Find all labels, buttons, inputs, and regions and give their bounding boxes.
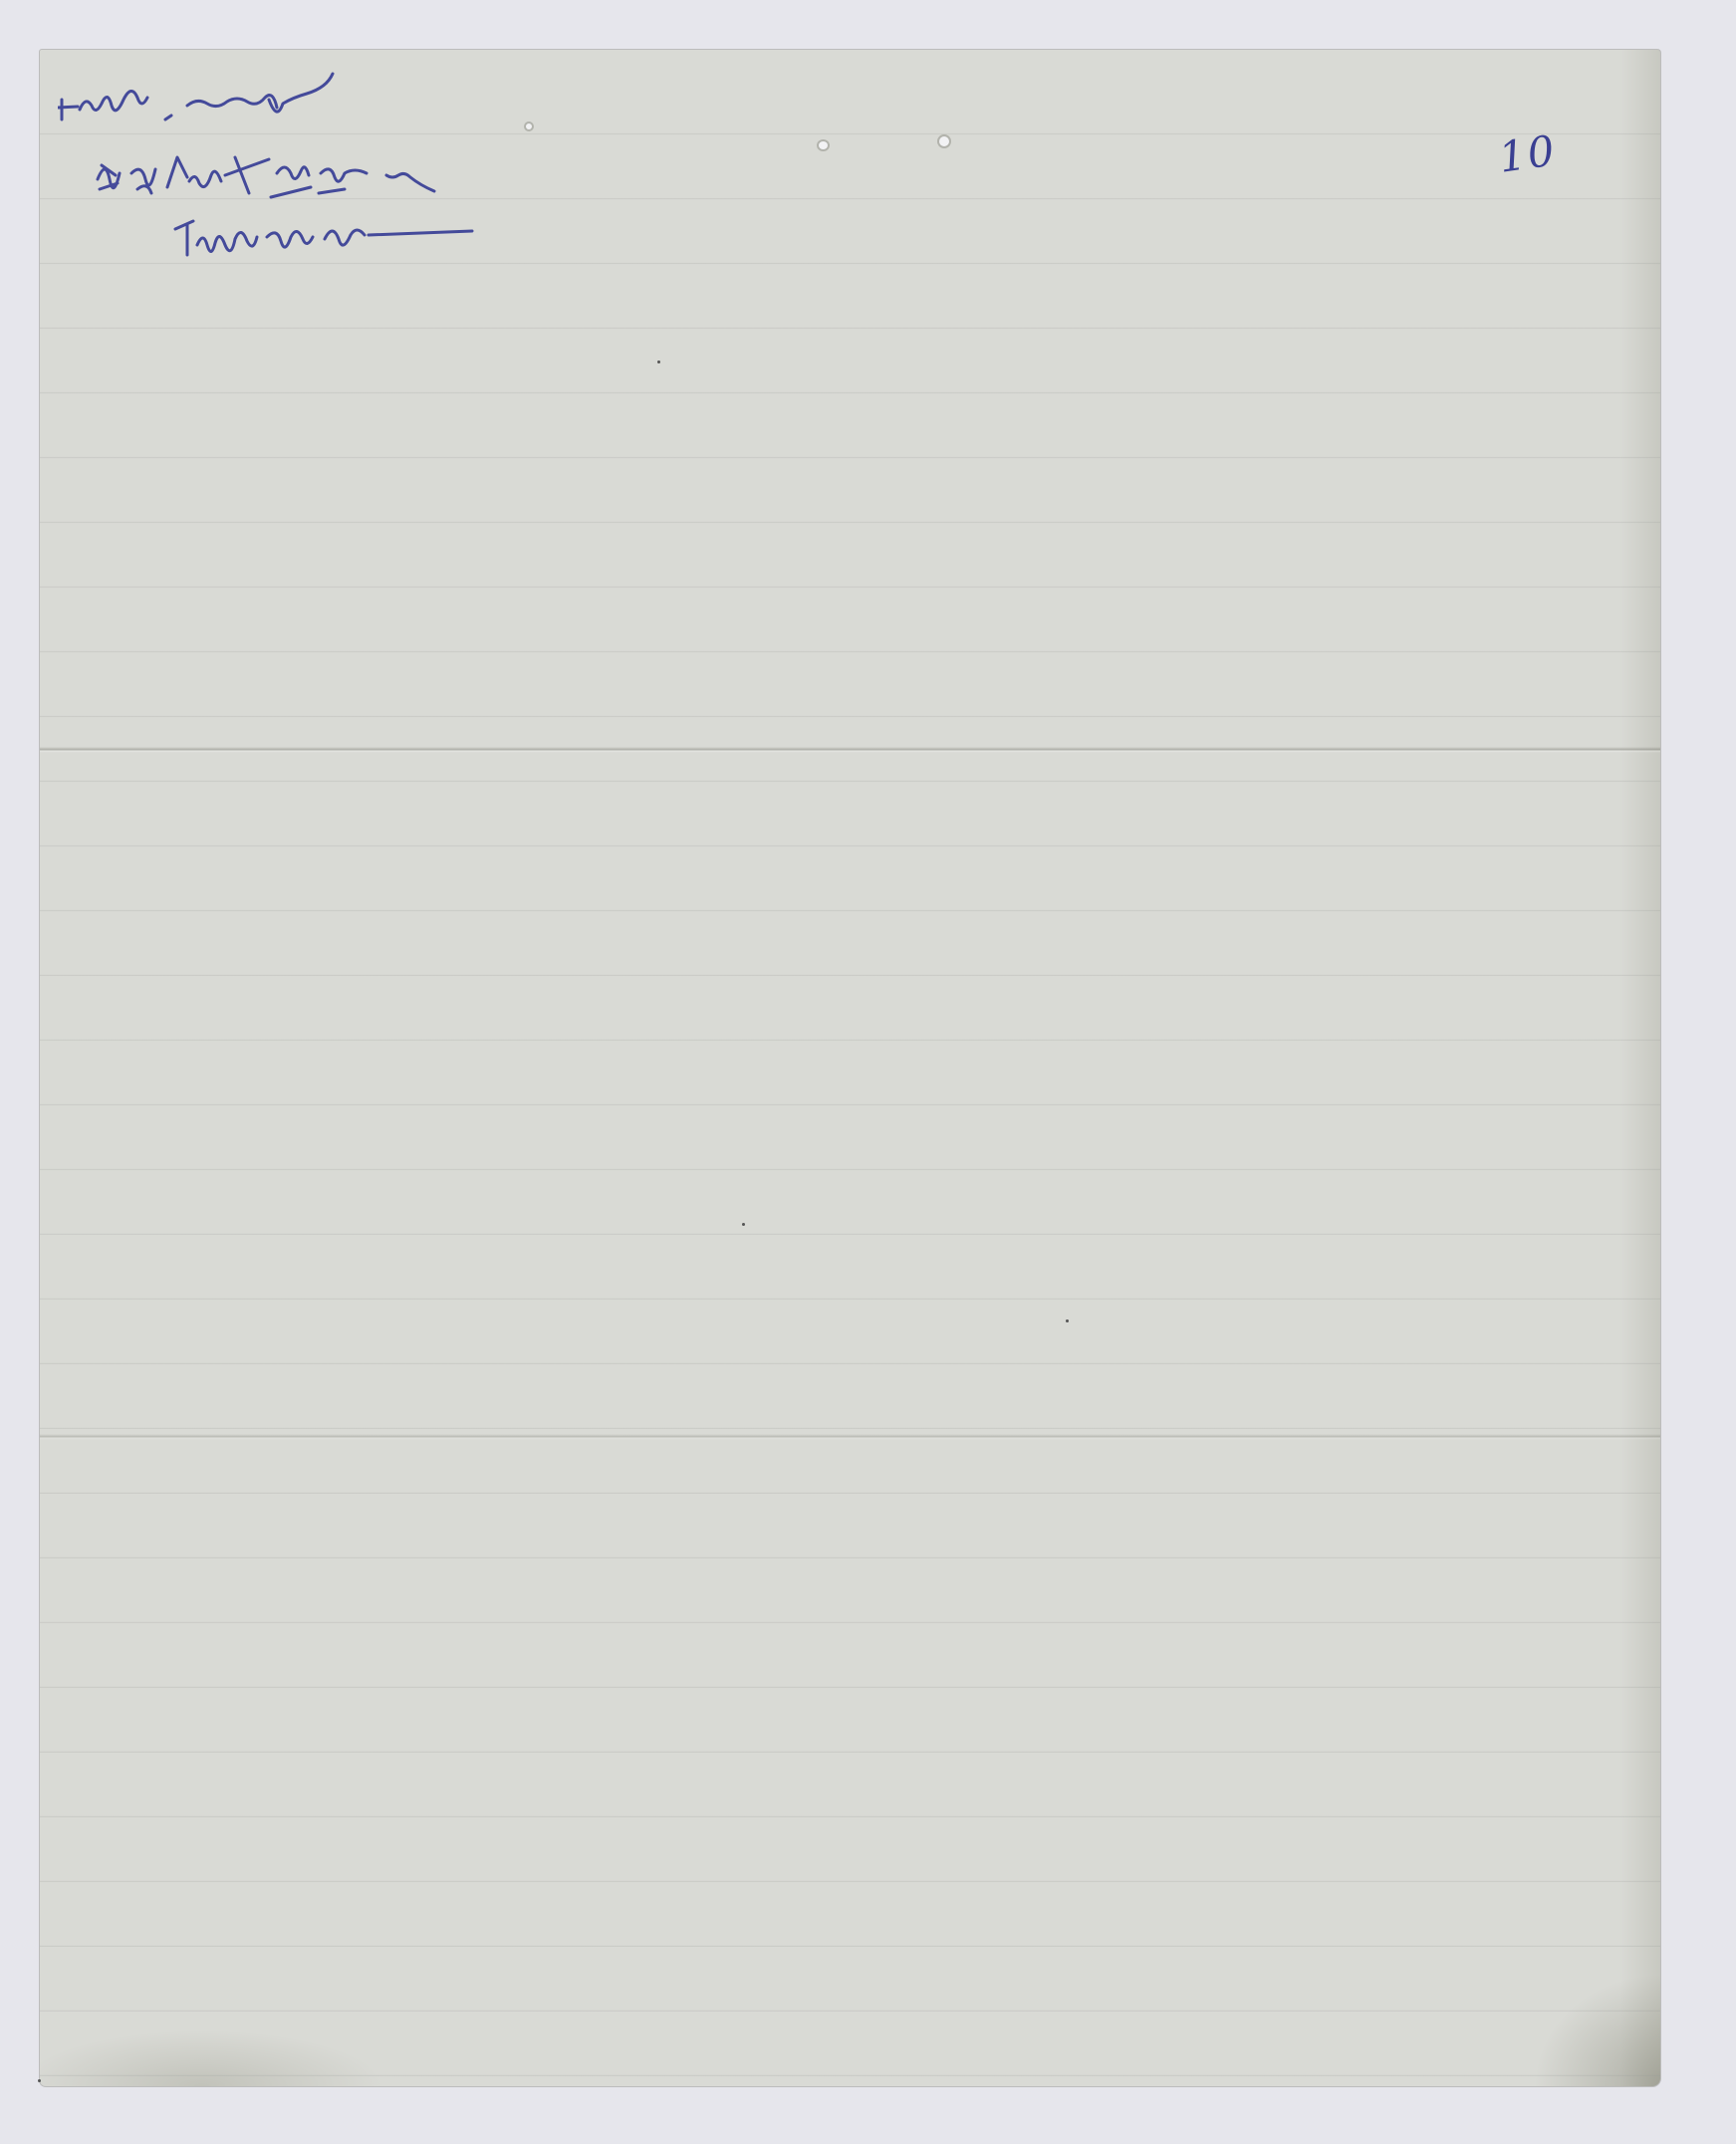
- fold-crease-lower: [40, 1434, 1660, 1440]
- punch-hole-icon: [819, 141, 828, 149]
- handwriting-strokes-icon: [58, 70, 476, 289]
- background-speck: [38, 2079, 41, 2082]
- pinhole-icon: [526, 123, 532, 129]
- fold-crease-upper: [40, 747, 1660, 753]
- page-number: 10: [1496, 125, 1560, 182]
- ruled-lines: [40, 50, 1660, 2086]
- punch-hole-icon: [939, 136, 949, 146]
- paper-speck: [657, 360, 660, 363]
- paper-speck: [1066, 1319, 1069, 1322]
- paper-speck: [742, 1223, 745, 1226]
- document-page: 10: [40, 50, 1660, 2086]
- handwritten-annotation: [58, 70, 476, 289]
